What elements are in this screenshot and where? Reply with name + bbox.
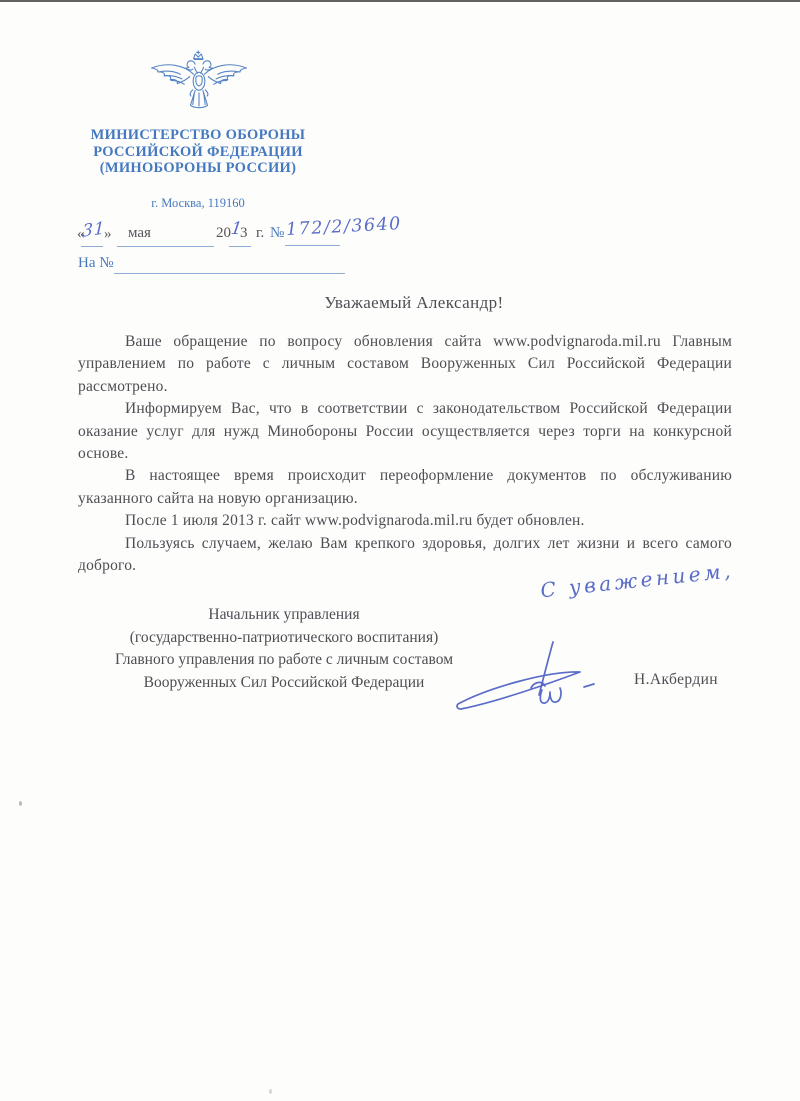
scanned-letter-page: { "letterhead": { "emblem_icon": "double… — [0, 0, 800, 1101]
signer-title-line: (государственно-патриотического воспитан… — [72, 627, 496, 650]
signer-title-line: Главного управления по работе с личным с… — [72, 649, 496, 672]
form-underline — [229, 245, 251, 247]
paragraph: После 1 июля 2013 г. сайт www.podvignaro… — [78, 510, 732, 532]
signer-title-line: Начальник управления — [72, 604, 496, 627]
year-digit-typed: 3 — [240, 225, 248, 242]
mod-eagle-emblem-icon — [150, 44, 248, 120]
handwritten-day: 31 — [82, 218, 106, 242]
scan-speck — [19, 801, 22, 806]
org-name-line2: РОССИЙСКОЙ ФЕДЕРАЦИИ — [70, 144, 326, 161]
form-underline — [114, 272, 345, 274]
handwritten-signature-icon — [452, 638, 612, 722]
paragraph: В настоящее время происходит переоформле… — [78, 465, 732, 510]
form-underline — [285, 244, 340, 246]
paragraph: Информируем Вас, что в соответствии с за… — [78, 398, 732, 465]
org-name-line1: МИНИСТЕРСТВО ОБОРОНЫ — [70, 127, 326, 144]
month-label: мая — [128, 225, 151, 242]
org-name-line3: (МИНОБОРОНЫ РОССИИ) — [70, 160, 326, 177]
close-quote: » — [104, 226, 112, 243]
number-sign: № — [270, 225, 284, 242]
salutation: Уважаемый Александр! — [78, 293, 750, 313]
year-label: г. — [256, 225, 264, 242]
scan-edge-artifact — [0, 0, 800, 2]
signer-name: Н.Акбердин — [634, 671, 718, 689]
letter-body: Ваше обращение по вопросу обновления сай… — [78, 331, 732, 577]
scan-speck — [269, 1089, 272, 1094]
handwritten-outgoing-number: 172/2/3640 — [286, 214, 403, 240]
signer-title-line: Вооруженных Сил Российской Федерации — [72, 672, 496, 695]
form-underline — [81, 245, 103, 247]
year-prefix: 20 — [216, 225, 231, 242]
letterhead-address: г. Москва, 119160 — [70, 196, 326, 211]
paragraph: Ваше обращение по вопросу обновления сай… — [78, 331, 732, 398]
reply-number-label: На № — [78, 255, 114, 272]
letterhead-org-name: МИНИСТЕРСТВО ОБОРОНЫ РОССИЙСКОЙ ФЕДЕРАЦИ… — [70, 127, 326, 177]
signer-title-block: Начальник управления (государственно-пат… — [72, 604, 496, 694]
form-underline — [117, 245, 214, 247]
